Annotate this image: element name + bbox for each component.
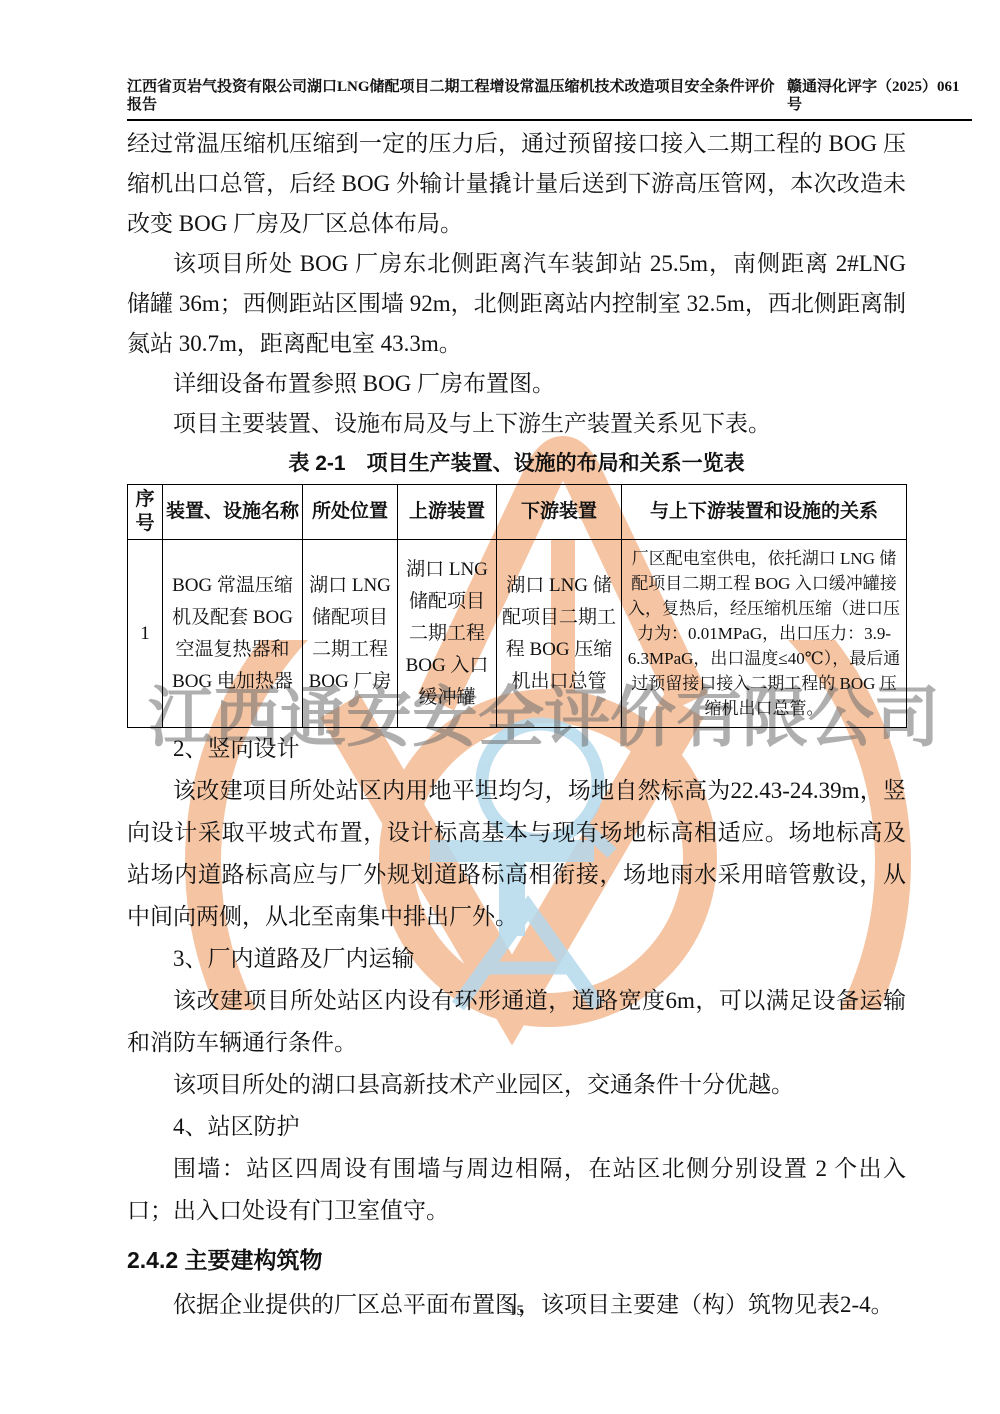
- layout-relation-table: 序号 装置、设施名称 所处位置 上游装置 下游装置 与上下游装置和设施的关系 1…: [127, 484, 907, 728]
- cell-location: 湖口 LNG 储配项目二期工程 BOG 厂房: [303, 540, 398, 728]
- paragraph-bog-pipeline: 经过常温压缩机压缩到一定的压力后，通过预留接口接入二期工程的 BOG 压缩机出口…: [127, 124, 906, 244]
- table-title: 表 2-1 项目生产装置、设施的布局和关系一览表: [127, 449, 906, 479]
- page-header: 江西省页岩气投资有限公司湖口LNG储配项目二期工程增设常温压缩机技术改造项目安全…: [127, 78, 972, 121]
- document-body: 经过常温压缩机压缩到一定的压力后，通过预留接口接入二期工程的 BOG 压缩机出口…: [127, 124, 906, 1326]
- header-report-title: 江西省页岩气投资有限公司湖口LNG储配项目二期工程增设常温压缩机技术改造项目安全…: [127, 78, 787, 114]
- page-number: 15: [127, 1303, 906, 1320]
- table-header-cell: 与上下游装置和设施的关系: [622, 485, 907, 540]
- subheading-protection: 4、站区防护: [127, 1106, 906, 1148]
- subheading-roads: 3、厂内道路及厂内运输: [127, 938, 906, 980]
- table-header-cell: 序号: [128, 485, 163, 540]
- paragraph-layout-drawing: 详细设备布置参照 BOG 厂房布置图。: [127, 364, 906, 404]
- table-header-row: 序号 装置、设施名称 所处位置 上游装置 下游装置 与上下游装置和设施的关系: [128, 485, 907, 540]
- paragraph-industrial-park: 该项目所处的湖口县高新技术产业园区，交通条件十分优越。: [127, 1064, 906, 1106]
- table-header-cell: 所处位置: [303, 485, 398, 540]
- subheading-vertical-design: 2、竖向设计: [127, 728, 906, 770]
- cell-seq-no: 1: [128, 540, 163, 728]
- table-row: 1 BOG 常温压缩机及配套 BOG 空温复热器和 BOG 电加热器 湖口 LN…: [128, 540, 907, 728]
- cell-downstream: 湖口 LNG 储配项目二期工程 BOG 压缩机出口总管: [497, 540, 622, 728]
- paragraph-fence: 围墙：站区四周设有围墙与周边相隔，在站区北侧分别设置 2 个出入口；出入口处设有…: [127, 1148, 906, 1232]
- paragraph-vertical-design: 该改建项目所处站区内用地平坦均匀，场地自然标高为22.43-24.39m，竖向设…: [127, 770, 906, 938]
- table-header-cell: 下游装置: [497, 485, 622, 540]
- cell-upstream: 湖口 LNG 储配项目二期工程 BOG 入口缓冲罐: [398, 540, 497, 728]
- header-doc-number: 赣通浔化评字（2025）061号: [787, 78, 972, 114]
- cell-relation: 厂区配电室供电，依托湖口 LNG 储配项目二期工程 BOG 入口缓冲罐接入，复热…: [622, 540, 907, 728]
- table-header-cell: 上游装置: [398, 485, 497, 540]
- table-header-cell: 装置、设施名称: [163, 485, 303, 540]
- paragraph-table-intro: 项目主要装置、设施布局及与上下游生产装置关系见下表。: [127, 404, 906, 444]
- section-heading-2-4-2: 2.4.2 主要建构筑物: [127, 1236, 906, 1284]
- paragraph-distances: 该项目所处 BOG 厂房东北侧距离汽车装卸站 25.5m，南侧距离 2#LNG …: [127, 244, 906, 364]
- paragraph-roads: 该改建项目所处站区内设有环形通道，道路宽度6m，可以满足设备运输和消防车辆通行条…: [127, 980, 906, 1064]
- cell-facility-name: BOG 常温压缩机及配套 BOG 空温复热器和 BOG 电加热器: [163, 540, 303, 728]
- document-page: 江西通安安全评价有限公司 江西省页岩气投资有限公司湖口LNG储配项目二期工程增设…: [0, 0, 1000, 1414]
